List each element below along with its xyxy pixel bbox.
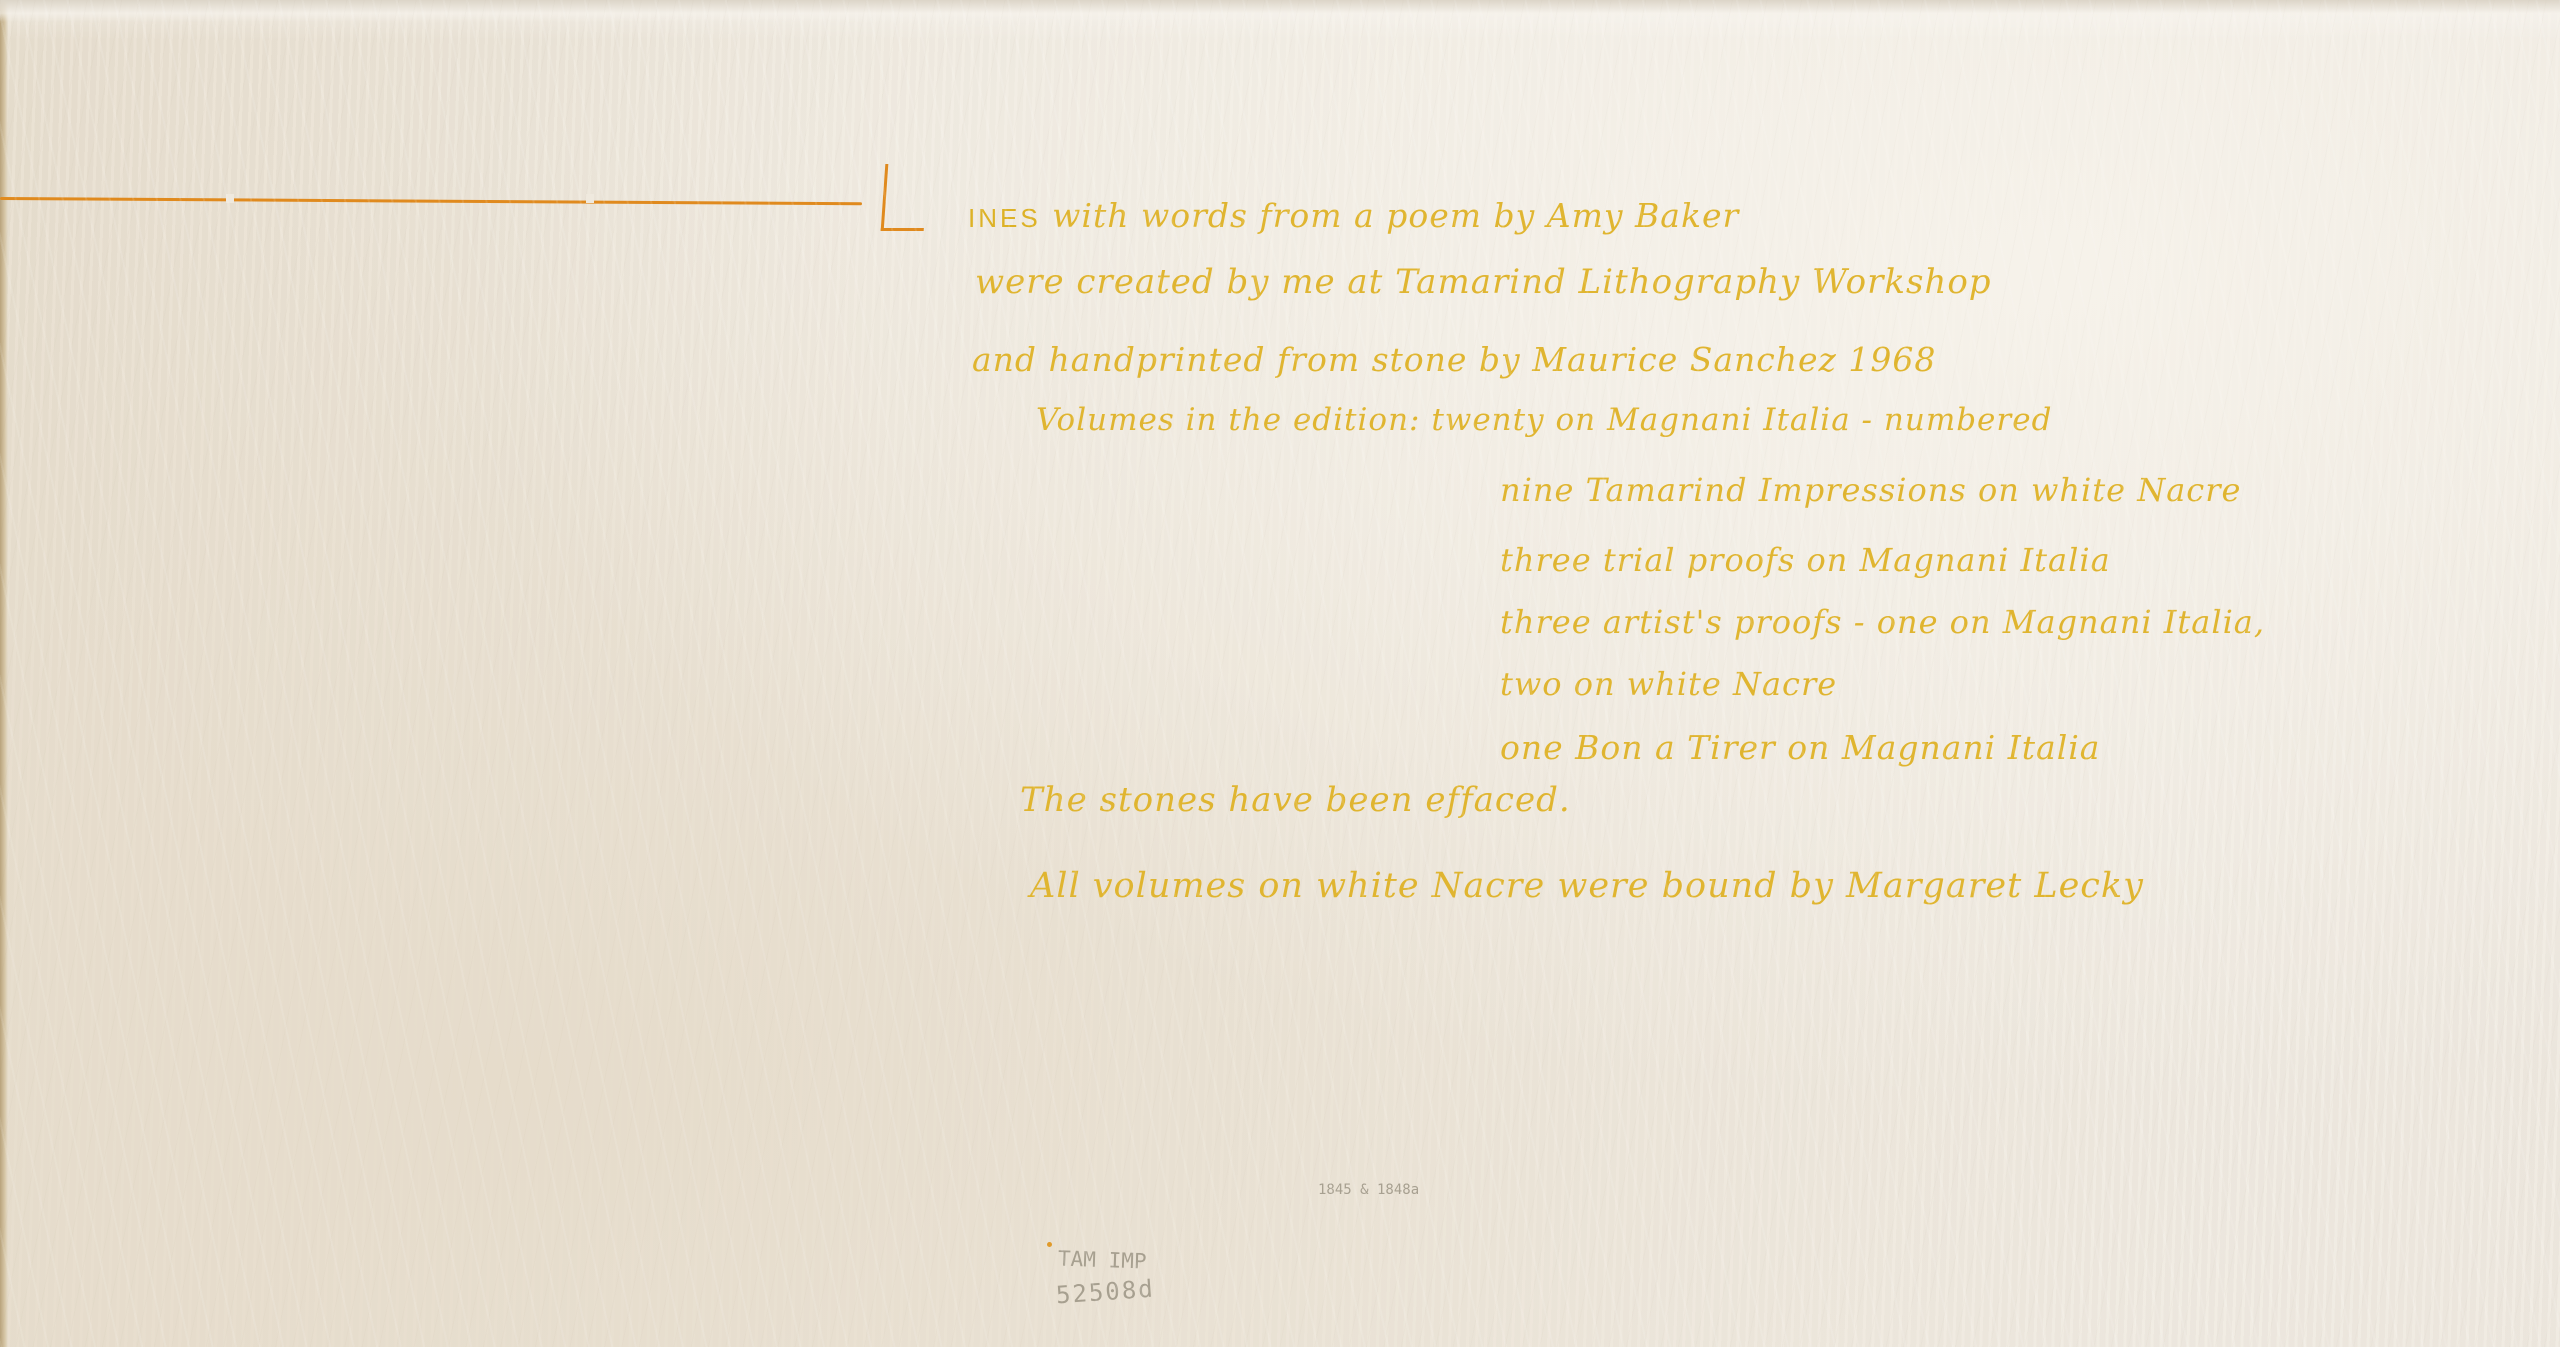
pencil-tamarind-code-1: TAM IMP bbox=[1058, 1246, 1147, 1273]
colophon-line-text: nine Tamarind Impressions on white Nacre bbox=[1500, 471, 2241, 509]
colophon-line-text: three artist's proofs - one on Magnani I… bbox=[1500, 603, 2265, 641]
colophon-line-text: Volumes in the edition: twenty on Magnan… bbox=[1036, 402, 2052, 438]
colophon-line-text: with words from a poem by Amy Baker bbox=[1041, 196, 1740, 235]
colophon-line-8: two on white Nacre bbox=[1500, 664, 1837, 704]
colophon-line-text: one Bon a Tirer on Magnani Italia bbox=[1500, 728, 2100, 767]
colophon-line-text: were created by me at Tamarind Lithograp… bbox=[975, 262, 1992, 302]
orange-ink-dot bbox=[1047, 1242, 1052, 1247]
colophon-line-text: The stones have been effaced. bbox=[1020, 780, 1571, 820]
colophon-line-1: INES with words from a poem by Amy Baker bbox=[968, 196, 1739, 238]
rule-break bbox=[586, 194, 594, 203]
colophon-sheet: INES with words from a poem by Amy Baker… bbox=[0, 0, 2560, 1347]
colophon-line-9: one Bon a Tirer on Magnani Italia bbox=[1500, 728, 2100, 768]
colophon-line-3: and handprinted from stone by Maurice Sa… bbox=[972, 340, 1936, 380]
paper-top-edge bbox=[0, 0, 2560, 22]
colophon-line-11: All volumes on white Nacre were bound by… bbox=[1030, 866, 2144, 906]
colophon-line-2: were created by me at Tamarind Lithograp… bbox=[975, 262, 1992, 302]
pencil-tamarind-code-2: 52508d bbox=[1055, 1275, 1155, 1310]
colophon-line-text: three trial proofs on Magnani Italia bbox=[1500, 541, 2111, 579]
colophon-line-text: All volumes on white Nacre were bound by… bbox=[1030, 866, 2144, 906]
colophon-line-text: two on white Nacre bbox=[1500, 665, 1837, 703]
colophon-line-7: three artist's proofs - one on Magnani I… bbox=[1500, 602, 2265, 642]
rule-break bbox=[226, 194, 234, 203]
colophon-line-4: Volumes in the edition: twenty on Magnan… bbox=[1036, 400, 2052, 440]
colophon-line-10: The stones have been effaced. bbox=[1020, 780, 1571, 820]
pencil-inventory-number: 1845 & 1848a bbox=[1318, 1182, 1419, 1198]
colophon-line-text: and handprinted from stone by Maurice Sa… bbox=[972, 340, 1936, 379]
colophon-line-6: three trial proofs on Magnani Italia bbox=[1500, 540, 2111, 580]
drop-cap-l bbox=[881, 164, 929, 231]
colophon-line-5: nine Tamarind Impressions on white Nacre bbox=[1500, 470, 2241, 510]
orange-rule-line bbox=[0, 197, 862, 205]
colophon-line-lead: INES bbox=[968, 203, 1041, 233]
